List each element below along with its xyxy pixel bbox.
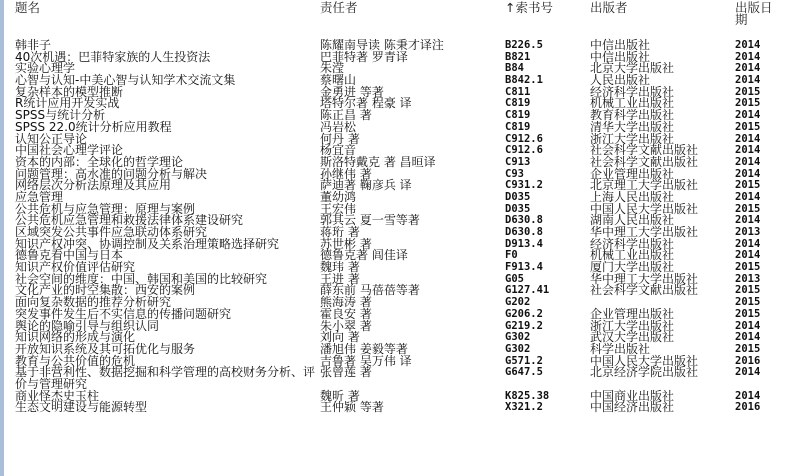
cell-callno: D035 [505,192,530,204]
cell-date: 2015 [735,344,760,356]
column-header-publisher[interactable]: 出版者 [590,2,628,14]
cell-callno: G206.2 [505,309,543,321]
cell-callno: X321.2 [505,402,543,414]
cell-date: 2014 [735,75,760,87]
cell-callno: G647.5 [505,367,543,379]
column-header-author[interactable]: 责任者 [320,2,358,14]
table-row[interactable]: 网络层次分析法原理及其应用萨迪著 鞠彦兵 译C931.2北京理工大学出版社201… [0,180,798,192]
cell-date: 2014 [735,40,760,52]
cell-publisher: 社会科学文献出版社 [590,285,698,297]
cell-date: 2014 [735,157,760,169]
table-row[interactable]: R统计应用开发实战塔特尔著 程豪 译C819机械工业出版社2015 [0,98,798,110]
cell-date: 2014 [735,192,760,204]
cell-callno: D630.8 [505,227,543,239]
cell-date: 2015 [735,262,760,274]
column-header-callno-sorted[interactable]: ↑索书号 [505,2,553,14]
cell-title: 基于非营利性、数据挖掘和科学管理的高校财务分析、评价与管理研究 [15,367,315,390]
table-row[interactable]: 生态文明建设与能源转型王仲颖 等著X321.2中国经济出版社2016 [0,402,798,414]
table-row[interactable]: 基于非营利性、数据挖掘和科学管理的高校财务分析、评价与管理研究张曾莲 著G647… [0,367,798,390]
cell-date: 2016 [735,402,760,414]
table-row[interactable]: SPSS 22.0统计分析应用教程冯岩松C819清华大学出版社2015 [0,122,798,134]
cell-callno: C913 [505,157,530,169]
column-header-title[interactable]: 题名 [15,2,40,14]
cell-callno: G302 [505,344,530,356]
column-header-date[interactable]: 出版日期 [735,2,775,26]
cell-date: 2013 [735,227,760,239]
table-row[interactable]: 40次机遇：巴菲特家族的人生投资法巴菲特著 罗青译B821中信出版社2014 [0,52,798,64]
cell-callno: C819 [505,122,530,134]
cell-publisher: 北京经济学院出版社 [590,367,698,379]
cell-date: 2015 [735,309,760,321]
cell-callno: F913.4 [505,262,543,274]
cell-callno: B226.5 [505,40,543,52]
cell-date: 2014 [735,367,760,379]
cell-author: 张曾莲 著 [320,367,372,379]
cell-author: 王仲颖 等著 [320,402,384,414]
cell-callno: B842.1 [505,75,543,87]
book-list: 韩非子陈耀南导读 陈秉才译注B226.5中信出版社201440次机遇：巴菲特家族… [0,40,798,414]
cell-title: 生态文明建设与能源转型 [15,402,315,414]
cell-date: 2015 [735,122,760,134]
cell-publisher: 中国经济出版社 [590,402,674,414]
